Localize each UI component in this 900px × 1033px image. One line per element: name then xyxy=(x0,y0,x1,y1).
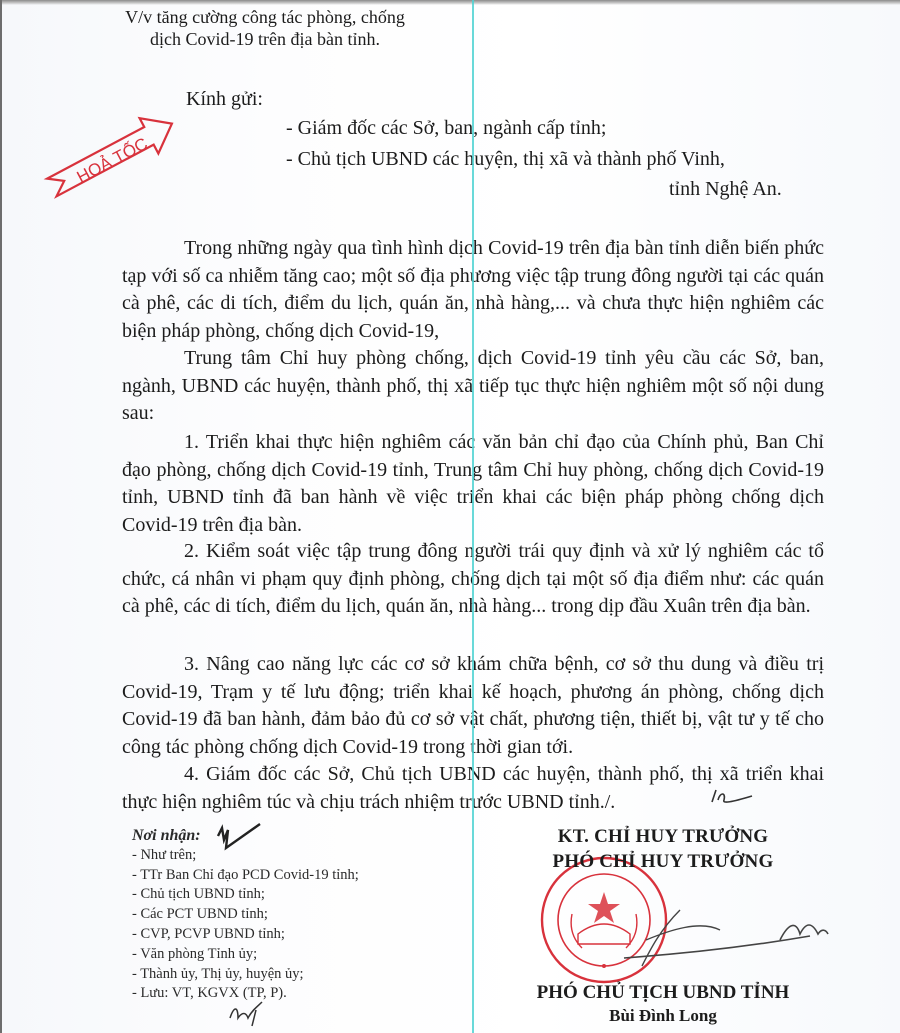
checkmark-initial-icon xyxy=(214,822,264,862)
recipient-line: - Giám đốc các Sở, ban, ngành cấp tỉnh; xyxy=(286,117,606,140)
document-page: V/v tăng cường công tác phòng, chống dịc… xyxy=(0,0,900,1033)
svg-text:HOẢ TỐC: HOẢ TỐC xyxy=(73,133,151,187)
distribution-item: - TTr Ban Chỉ đạo PCD Covid-19 tỉnh; xyxy=(132,866,359,886)
handwritten-initial-icon xyxy=(708,786,758,808)
signature-title: KT. CHỈ HUY TRƯỞNG xyxy=(508,824,818,849)
distribution-item: - CVP, PCVP UBND tỉnh; xyxy=(132,925,359,945)
recipient-line: - Chủ tịch UBND các huyện, thị xã và thà… xyxy=(286,148,725,171)
handwritten-initial-icon xyxy=(228,1000,268,1028)
handwritten-signature-icon xyxy=(620,900,830,970)
subject-line: V/v tăng cường công tác phòng, chống xyxy=(100,6,430,28)
signer-position: PHÓ CHỦ TỊCH UBND TỈNH xyxy=(508,982,818,1004)
scan-artifact-line xyxy=(472,0,474,1033)
scan-left-edge xyxy=(0,0,2,1033)
signature-title: PHÓ CHỈ HUY TRƯỞNG xyxy=(508,849,818,874)
subject-line: dịch Covid-19 trên địa bàn tỉnh. xyxy=(100,28,430,50)
distribution-item: - Chủ tịch UBND tỉnh; xyxy=(132,885,359,905)
distribution-item: - Thành ủy, Thị ủy, huyện ủy; xyxy=(132,965,359,985)
recipient-line: tỉnh Nghệ An. xyxy=(669,178,782,201)
signer-name: Bùi Đình Long xyxy=(508,1006,818,1026)
document-subject: V/v tăng cường công tác phòng, chống dịc… xyxy=(100,6,430,50)
urgent-stamp-icon: HOẢ TỐC xyxy=(36,106,186,201)
signature-block: KT. CHỈ HUY TRƯỞNG PHÓ CHỈ HUY TRƯỞNG xyxy=(508,824,818,874)
distribution-item: - Các PCT UBND tỉnh; xyxy=(132,905,359,925)
distribution-item: - Văn phòng Tỉnh ủy; xyxy=(132,945,359,965)
greeting: Kính gửi: xyxy=(186,88,263,111)
scan-top-shadow xyxy=(0,0,900,5)
